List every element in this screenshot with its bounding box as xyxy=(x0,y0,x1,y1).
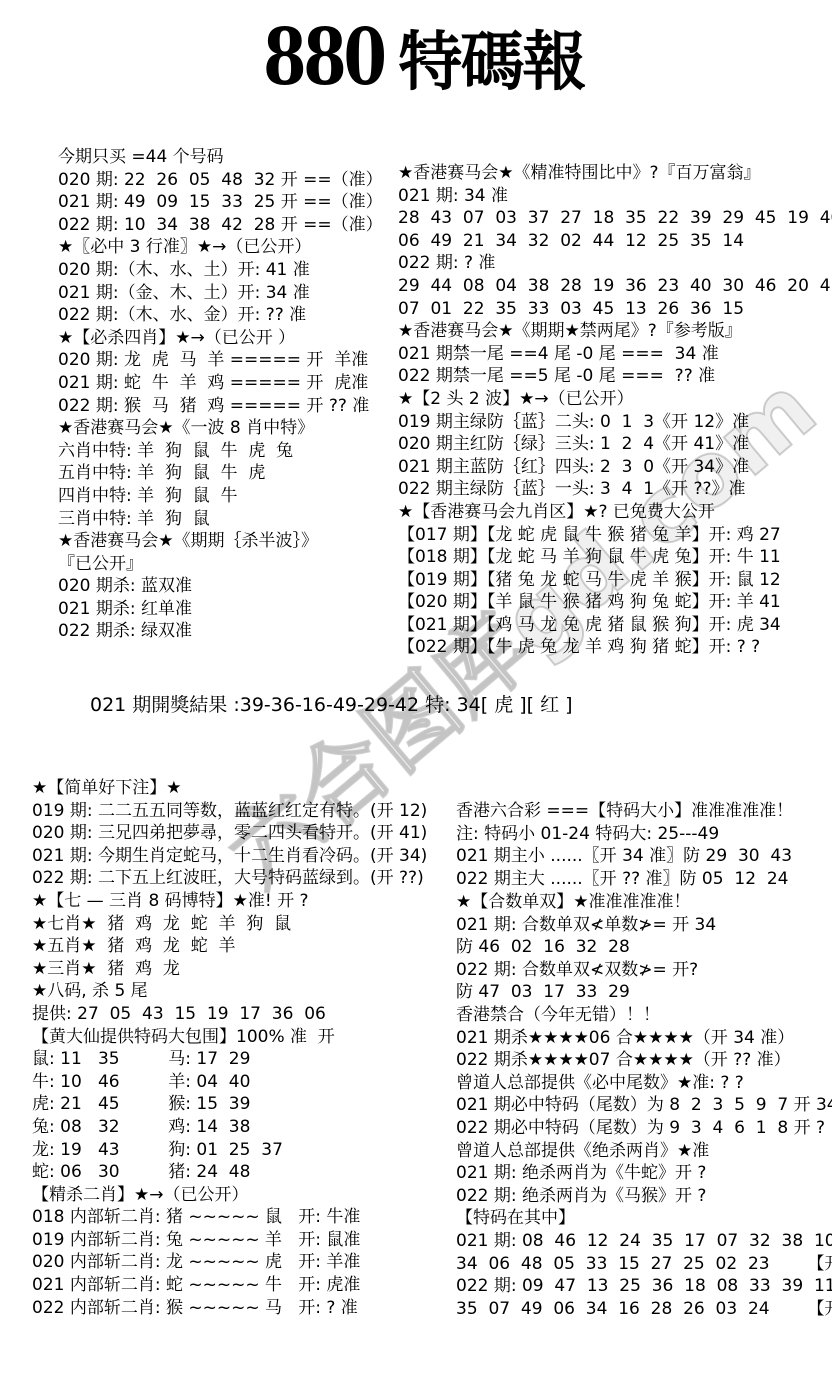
text-line: ★【七 — 三肖 8 码博特】★准! 开 ? xyxy=(32,890,427,913)
text-line: 【黄大仙提供特码大包围】100% 准 开 xyxy=(32,1026,427,1049)
right-bottom-section: ★【合数单双】★准准准准准！021 期: 合数单双≮单数≯= 开 34防 46 … xyxy=(456,891,832,1320)
text-line: 022 期: 10 34 38 42 28 开 ==（准） xyxy=(58,214,383,237)
text-line: 三肖中特: 羊 狗 鼠 xyxy=(58,508,383,531)
text-line: 021 期主小 ......〖开 34 准〗防 29 30 43 xyxy=(456,845,793,868)
text-line: ★【简单好下注】★ xyxy=(32,777,427,800)
text-line: 021 内部斩二肖: 蛇 ~~~~~ 牛 开: 虎准 xyxy=(32,1274,427,1297)
text-line: ★〖必中 3 行准〗★→（已公开） xyxy=(58,236,383,259)
text-line: 021 期: 今期生肖定蛇马，十二生肖看冷码。(开 34) xyxy=(32,845,427,868)
text-line: 020 内部斩二肖: 龙 ~~~~~ 虎 开: 羊准 xyxy=(32,1251,427,1274)
text-line: 【特码在其中】 xyxy=(456,1207,832,1230)
left-bottom-section: ★【简单好下注】★019 期: 二二五五同等数，蓝蓝红红定有特。(开 12)02… xyxy=(32,777,427,1319)
title-number: 880 xyxy=(263,18,384,98)
text-line: 龙: 19 43 狗: 01 25 37 xyxy=(32,1139,427,1162)
text-line: ★【必杀四肖】★→（已公开 ） xyxy=(58,327,383,350)
text-line: 022 期: 绝杀两肖为《马猴》开 ? xyxy=(456,1185,832,1208)
text-line: 022 期: 猴 马 猪 鸡 ===== 开 ?? 准 xyxy=(58,395,383,418)
text-line: 020 期: 22 26 05 48 32 开 ==（准） xyxy=(58,169,383,192)
text-line: 021 期: 合数单双≮单数≯= 开 34 xyxy=(456,914,832,937)
text-line: ★香港赛马会★《期期｛杀半波｝》 xyxy=(58,530,383,553)
text-line: 022 期杀: 绿双准 xyxy=(58,620,383,643)
draw-result: 021 期開獎結果 :39-36-16-49-29-42 特: 34[ 虎 ][… xyxy=(90,690,573,717)
text-line: 020 期:（木、水、土）开: 41 准 xyxy=(58,259,383,282)
text-line: 018 内部斩二肖: 猪 ~~~~~ 鼠 开: 牛准 xyxy=(32,1206,427,1229)
text-line: 021 期: 绝杀两肖为《牛蛇》开 ? xyxy=(456,1162,832,1185)
text-line: 【021 期】【鸡 马 龙 兔 虎 猪 鼠 猴 狗】开: 虎 34 xyxy=(398,614,832,637)
text-line: 021 期:（金、木、土）开: 34 准 xyxy=(58,282,383,305)
text-line: 019 内部斩二肖: 兔 ~~~~~ 羊 开: 鼠准 xyxy=(32,1229,427,1252)
text-line: 021 期: 08 46 12 24 35 17 07 32 38 10 xyxy=(456,1230,832,1253)
text-line: 28 43 07 03 37 27 18 35 22 39 29 45 19 4… xyxy=(398,207,832,230)
text-line: 鼠: 11 35 马: 17 29 xyxy=(32,1048,427,1071)
text-line: 香港六合彩 ===【特码大小】准准准准准！ xyxy=(456,800,793,823)
title-text: 特碼報 xyxy=(398,25,584,100)
text-line: 34 06 48 05 33 15 27 25 02 23 【开 34】 xyxy=(456,1253,832,1276)
text-line: 020 期主红防｛绿｝三头: 1 2 4《开 41》准 xyxy=(398,433,832,456)
text-line: 六肖中特: 羊 狗 鼠 牛 虎 兔 xyxy=(58,440,383,463)
text-line: 022 期: 合数单双≮双数≯= 开? xyxy=(456,959,832,982)
text-line: ★【香港赛马会九肖区】★? 已免费大公开 xyxy=(398,501,832,524)
text-line: 022 期主大 ......〖开 ?? 准〗防 05 12 24 xyxy=(456,868,793,891)
text-line: ★【2 头 2 波】★→（已公开） xyxy=(398,388,832,411)
text-line: 022 期必中特码（尾数）为 9 3 4 6 1 8 开 ? xyxy=(456,1117,832,1140)
text-line: ★香港赛马会★《期期★禁两尾》?『参考版』 xyxy=(398,320,832,343)
text-line: 021 期必中特码（尾数）为 8 2 3 5 9 7 开 34 xyxy=(456,1094,832,1117)
text-line: 提供: 27 05 43 15 19 17 36 06 xyxy=(32,1003,427,1026)
text-line: 019 期: 二二五五同等数，蓝蓝红红定有特。(开 12) xyxy=(32,800,427,823)
text-line: 021 期: 34 准 xyxy=(398,185,832,208)
text-line: 022 期: 二下五上红波旺，大号特码蓝绿到。(开 ??) xyxy=(32,867,427,890)
text-line: 虎: 21 45 猴: 15 39 xyxy=(32,1093,427,1116)
text-line: 021 期: 蛇 牛 羊 鸡 ===== 开 虎准 xyxy=(58,372,383,395)
text-line: 【精杀二肖】★→（已公开） xyxy=(32,1184,427,1207)
left-top-section: 今期只买 =44 个号码020 期: 22 26 05 48 32 开 ==（准… xyxy=(58,146,383,643)
text-line: 022 期杀★★★★07 合★★★★（开 ?? 准） xyxy=(456,1049,832,1072)
text-line: 【017 期】【龙 蛇 虎 鼠 牛 猴 猪 兔 羊】开: 鸡 27 xyxy=(398,524,832,547)
text-line: 兔: 08 32 鸡: 14 38 xyxy=(32,1116,427,1139)
text-line: 【019 期】【猪 兔 龙 蛇 马 牛 虎 羊 猴】开: 鼠 12 xyxy=(398,569,832,592)
text-line: 021 期禁一尾 ==4 尾 -0 尾 === 34 准 xyxy=(398,343,832,366)
text-line: 防 47 03 17 33 29 xyxy=(456,981,832,1004)
text-line: 021 期杀★★★★06 合★★★★（开 34 准） xyxy=(456,1027,832,1050)
text-line: 35 07 49 06 34 16 28 26 03 24 【开 ??】 xyxy=(456,1298,832,1321)
text-line: 021 期杀: 红单准 xyxy=(58,598,383,621)
text-line: 牛: 10 46 羊: 04 40 xyxy=(32,1071,427,1094)
text-line: 今期只买 =44 个号码 xyxy=(58,146,383,169)
text-line: ★七肖★ 猪 鸡 龙 蛇 羊 狗 鼠 xyxy=(32,913,427,936)
page-title: 880特碼報 xyxy=(0,18,832,103)
text-line: 022 期: 09 47 13 25 36 18 08 33 39 11 xyxy=(456,1275,832,1298)
text-line: ★八码, 杀 5 尾 xyxy=(32,980,427,1003)
text-line: 曾道人总部提供《绝杀两肖》★准 xyxy=(456,1140,832,1163)
text-line: 注: 特码小 01-24 特码大: 25---49 xyxy=(456,823,793,846)
text-line: ★香港赛马会★《一波 8 肖中特》 xyxy=(58,417,383,440)
text-line: 香港禁合（今年无错）！！ xyxy=(456,1004,832,1027)
text-line: 07 01 22 35 33 03 45 13 26 36 15 xyxy=(398,298,832,321)
text-line: ★五肖★ 猪 鸡 龙 蛇 羊 xyxy=(32,935,427,958)
text-line: 019 期主绿防｛蓝｝二头: 0 1 3《开 12》准 xyxy=(398,411,832,434)
text-line: 【022 期】【牛 虎 兔 龙 羊 鸡 狗 猪 蛇】开: ? ? xyxy=(398,636,832,659)
text-line: 022 期主绿防｛蓝｝一头: 3 4 1《开 ??》准 xyxy=(398,478,832,501)
text-line: 022 期: ? 准 xyxy=(398,252,832,275)
text-line: 022 内部斩二肖: 猴 ~~~~~ 马 开: ? 准 xyxy=(32,1297,427,1320)
text-line: 021 期: 49 09 15 33 25 开 ==（准） xyxy=(58,191,383,214)
text-line: 020 期: 龙 虎 马 羊 ===== 开 羊准 xyxy=(58,349,383,372)
text-line: 29 44 08 04 38 28 19 36 23 40 30 46 20 4… xyxy=(398,275,832,298)
right-bottom-top-section: 香港六合彩 ===【特码大小】准准准准准！注: 特码小 01-24 特码大: 2… xyxy=(456,800,793,890)
text-line: 022 期禁一尾 ==5 尾 -0 尾 === ?? 准 xyxy=(398,365,832,388)
text-line: ★香港赛马会★《精准特围比中》?『百万富翁』 xyxy=(398,162,832,185)
text-line: 021 期主蓝防｛红｝四头: 2 3 0《开 34》准 xyxy=(398,456,832,479)
text-line: 022 期:（木、水、金）开: ?? 准 xyxy=(58,304,383,327)
text-line: 蛇: 06 30 猪: 24 48 xyxy=(32,1161,427,1184)
text-line: 『已公开』 xyxy=(58,553,383,576)
text-line: 防 46 02 16 32 28 xyxy=(456,936,832,959)
text-line: 【020 期】【羊 鼠 牛 猴 猪 鸡 狗 兔 蛇】开: 羊 41 xyxy=(398,591,832,614)
text-line: 06 49 21 34 32 02 44 12 25 35 14 xyxy=(398,230,832,253)
text-line: 四肖中特: 羊 狗 鼠 牛 xyxy=(58,485,383,508)
right-top-section: ★香港赛马会★《精准特围比中》?『百万富翁』021 期: 34 准28 43 0… xyxy=(398,162,832,659)
text-line: ★三肖★ 猪 鸡 龙 xyxy=(32,958,427,981)
text-line: 曾道人总部提供《必中尾数》★准: ? ? xyxy=(456,1072,832,1095)
text-line: 五肖中特: 羊 狗 鼠 牛 虎 xyxy=(58,462,383,485)
text-line: 020 期杀: 蓝双准 xyxy=(58,575,383,598)
text-line: 020 期: 三兄四弟把夢尋，零二四头看特开。(开 41) xyxy=(32,822,427,845)
text-line: 【018 期】【龙 蛇 马 羊 狗 鼠 牛 虎 兔】开: 牛 11 xyxy=(398,546,832,569)
text-line: ★【合数单双】★准准准准准！ xyxy=(456,891,832,914)
